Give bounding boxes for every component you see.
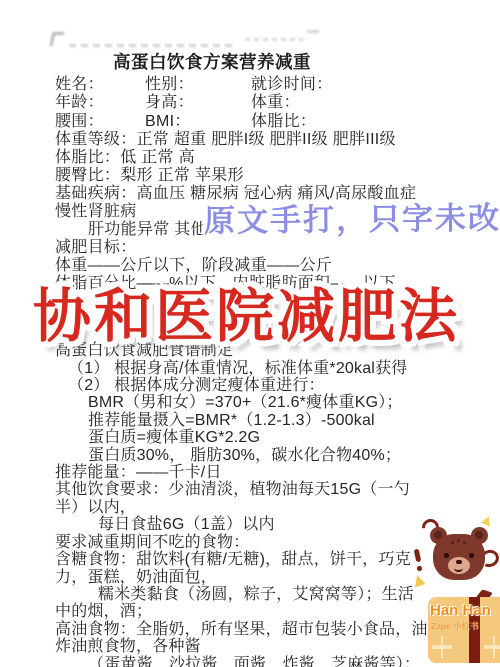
field-label-bmi: BMI： <box>145 113 251 131</box>
bear-head <box>433 534 485 580</box>
doc-line: 高油食物：全脂奶，所有坚果，超市包装小食品，油 <box>55 621 477 638</box>
watermark-handle: Zape 小红书 <box>431 620 500 632</box>
faded-dash <box>307 30 319 33</box>
doc-line: （1） 根据身高/体重情况，标准体重*20kal获得 <box>55 360 477 377</box>
doc-line: （2） 根据体成分测定瘦体重进行： <box>55 377 477 394</box>
purple-overlay-sticker-text: 原文手打，只字未改 <box>204 192 500 240</box>
field-label-weight: 体重： <box>251 94 477 112</box>
doc-line: 体脂比：低 正常 高 <box>55 149 477 167</box>
bear-forehead-dot <box>457 539 460 542</box>
confetti-exclamation-icon <box>414 549 422 563</box>
field-label-gender: 性别： <box>145 76 251 94</box>
faded-text-smudge <box>55 28 477 52</box>
watermark-faint-glyph <box>484 636 500 658</box>
doc-line: 推荐能量：——千卡/日 <box>55 464 477 481</box>
field-label-visit-time: 就诊时间： <box>251 76 477 94</box>
field-label-name: 姓名： <box>55 76 145 94</box>
info-row: 姓名： 性别： 就诊时间： <box>55 76 477 94</box>
doc-line: （蛋黄酱，沙拉酱，面酱，炸酱，芝麻酱等）； <box>55 656 477 667</box>
creator-watermark: Han Han Zape 小红书 <box>428 597 500 663</box>
field-label-age: 年龄： <box>55 94 145 112</box>
doc-line: 中的烟，酒； <box>55 603 477 620</box>
doc-line: 蛋白质30%， 脂肪30%，碳水化合物40%； <box>55 447 477 464</box>
document-title: 高蛋白饮食方案营养减重 <box>113 52 477 73</box>
doc-line: BMR（男和女）=370+（21.6*瘦体重KG）； <box>55 394 477 411</box>
bear-forehead-dot <box>451 541 454 544</box>
confetti-triangle-icon <box>481 514 494 526</box>
document-photo-page: 高蛋白饮食方案营养减重 姓名： 性别： 就诊时间： 年龄： 身高： 体重： 腰围… <box>0 0 500 667</box>
watermark-name: Han Han <box>430 602 500 619</box>
confetti-triangle-icon <box>412 574 426 588</box>
doc-line: 减肥目标： <box>55 239 477 257</box>
bear-sticker-icon <box>412 513 500 605</box>
doc-line: 蛋白质=瘦体重KG*2.2G <box>55 429 477 446</box>
field-label-height: 身高： <box>145 94 251 112</box>
faded-dotted-line <box>69 44 237 47</box>
watermark-faint-glyph <box>432 636 452 658</box>
info-row: 腰围： BMI： 体脂比： <box>55 113 477 131</box>
faded-dotted-line <box>245 38 303 41</box>
bear-forehead-dot <box>463 541 466 544</box>
bear-muzzle <box>448 557 470 574</box>
doc-line: 推荐能量摄入=BMR*（1.2-1.3）-500kal <box>55 412 477 429</box>
doc-line: 炸油煎食物，各种酱 <box>55 638 477 655</box>
bear-mouth <box>454 564 463 572</box>
doc-line: 腰臀比：梨形 正常 苹果形 <box>55 167 477 185</box>
doc-line: 体重等级：正常 超重 肥胖I级 肥胖II级 肥胖III级 <box>55 131 477 149</box>
confetti-dot-icon <box>417 566 422 571</box>
section-diet-plan: 高蛋白饮食减肥食谱制定 （1） 根据身高/体重情况，标准体重*20kal获得 （… <box>55 342 477 667</box>
field-label-bodyfat: 体脂比： <box>251 113 477 131</box>
field-label-waist: 腰围： <box>55 113 145 131</box>
doc-line: 其他饮食要求：少油清淡，植物油每天15G（一勺 <box>55 481 477 498</box>
info-row: 年龄： 身高： 体重： <box>55 94 477 112</box>
faded-character-mark <box>50 32 65 46</box>
bear-eye <box>444 553 449 558</box>
bear-eye <box>469 553 474 558</box>
red-overlay-sticker-text: 协和医院减肥法 <box>33 269 460 353</box>
